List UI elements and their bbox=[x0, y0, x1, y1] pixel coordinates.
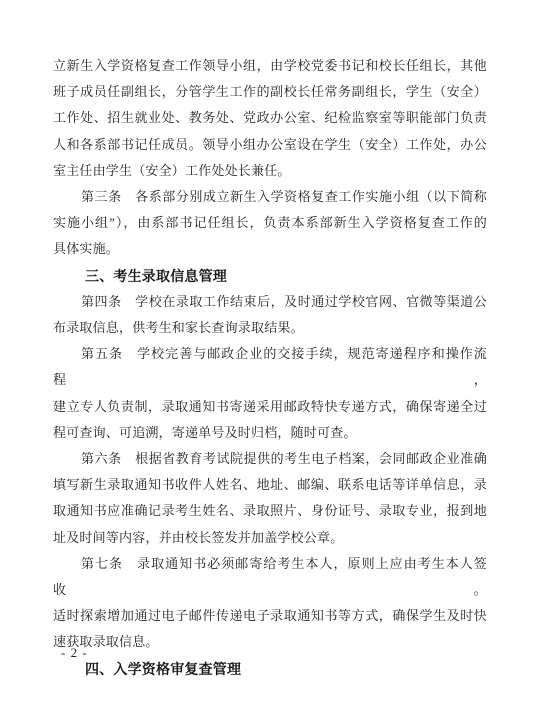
text-line: 布录取信息，供考生和家长查询录取结果。 bbox=[53, 315, 487, 341]
text-line: 班子成员任副组长，分管学生工作的副校长任常务副组长，学生（安全） bbox=[53, 79, 487, 105]
text-line: 具体实施。 bbox=[53, 236, 487, 262]
text-line: 建立专人负责制，录取通知书寄递采用邮政特快专递方式，确保寄递全过 bbox=[53, 394, 487, 420]
document-body-text: 立新生入学资格复查工作领导小组，由学校党委书记和校长任组长，其他班子成员任副组长… bbox=[53, 53, 487, 682]
text-line: 速获取录取信息。 bbox=[53, 629, 487, 655]
text-line: 第三条 各系部分别成立新生入学资格复查工作实施小组（以下简称 bbox=[53, 184, 487, 210]
text-line: 程可查询、可追溯，寄递单号及时归档，随时可查。 bbox=[53, 420, 487, 446]
text-line: 工作处、招生就业处、教务处、党政办公室、纪检监察室等职能部门负责 bbox=[53, 105, 487, 131]
text-line: 取通知书应准确记录考生姓名、录取照片、身份证号、录取专业，报到地 bbox=[53, 498, 487, 524]
text-line: 址及时间等内容，并由校长签发并加盖学校公章。 bbox=[53, 525, 487, 551]
page-number: - 2 - bbox=[61, 645, 88, 661]
text-line: 立新生入学资格复查工作领导小组，由学校党委书记和校长任组长，其他 bbox=[53, 53, 487, 79]
text-line: 第六条 根据省教育考试院提供的考生电子档案，会同邮政企业准确 bbox=[53, 446, 487, 472]
section-heading: 四、入学资格审复查管理 bbox=[53, 656, 487, 682]
text-line: 实施小组”），由系部书记任组长，负责本系部新生入学资格复查工作的 bbox=[53, 210, 487, 236]
text-line: 适时探索增加通过电子邮件传递电子录取通知书等方式，确保学生及时快 bbox=[53, 603, 487, 629]
text-line: 填写新生录取通知书收件人姓名、地址、邮编、联系电话等详单信息，录 bbox=[53, 472, 487, 498]
text-line: 室主任由学生（安全）工作处处长兼任。 bbox=[53, 158, 487, 184]
section-heading: 三、考生录取信息管理 bbox=[53, 263, 487, 289]
text-line: 第七条 录取通知书必须邮寄给考生本人，原则上应由考生本人签收。 bbox=[53, 551, 487, 603]
text-line: 人和各系部书记任成员。领导小组办公室设在学生（安全）工作处，办公 bbox=[53, 132, 487, 158]
document-page: 立新生入学资格复查工作领导小组，由学校党委书记和校长任组长，其他班子成员任副组长… bbox=[0, 0, 540, 716]
text-line: 第四条 学校在录取工作结束后，及时通过学校官网、官微等渠道公 bbox=[53, 289, 487, 315]
text-line: 第五条 学校完善与邮政企业的交接手续，规范寄递程序和操作流程， bbox=[53, 341, 487, 393]
